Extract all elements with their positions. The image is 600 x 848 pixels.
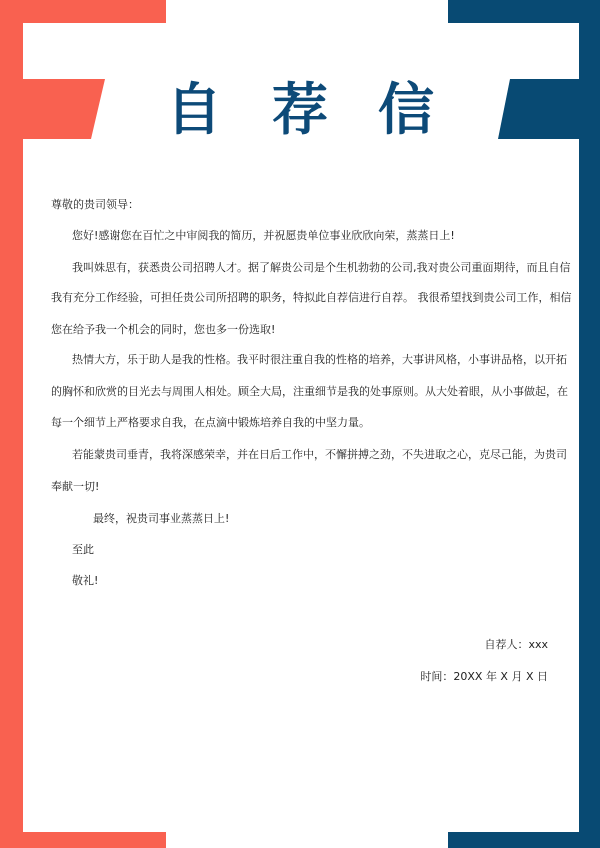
signer: 自荐人：xxx: [484, 638, 548, 652]
closing-wish: 最终，祝贵司事业蒸蒸日上!: [93, 512, 229, 526]
paragraph-line: 我有充分工作经验，可担任贵公司所招聘的职务，特拟此自荐信进行自荐。 我很希望找到…: [51, 291, 572, 305]
paragraph-line: 每一个细节上严格要求自我，在点滴中锻炼培养自我的中坚力量。: [51, 416, 370, 430]
date: 时间：20XX 年 X 月 X 日: [420, 670, 548, 684]
paragraph-line: 若能蒙贵司垂青，我将深感荣幸，并在日后工作中，不懈拼搏之劲，不失进取之心，克尽己…: [72, 448, 567, 462]
paragraph-line: 您好!感谢您在百忙之中审阅我的简历，并祝愿贵单位事业欣欣向荣，蒸蒸日上!: [72, 229, 455, 243]
paragraph-line: 的胸怀和欣赏的目光去与周围人相处。顾全大局，注重细节是我的处事原则。从大处着眼，…: [51, 385, 568, 399]
paragraph-line: 热情大方，乐于助人是我的性格。我平时很注重自我的性格的培养，大事讲风格，小事讲品…: [72, 353, 567, 367]
salutation: 尊敬的贵司领导：: [51, 198, 139, 212]
closing-jingli: 敬礼!: [72, 574, 98, 588]
paragraph-line: 奉献一切!: [51, 480, 99, 494]
paragraph-line: 您在给予我一个机会的同时，您也多一份选取!: [51, 323, 275, 337]
top-right-bar: [448, 0, 600, 23]
paragraph-line: 我叫姝思有，获悉贵公司招聘人才。据了解贵公司是个生机勃勃的公司,我对贵公司重面期…: [72, 261, 571, 275]
top-left-bar: [0, 0, 166, 23]
closing-zhici: 至此: [72, 543, 94, 557]
page-title: 自荐信: [0, 76, 600, 146]
bottom-right-bar: [448, 832, 600, 848]
bottom-left-bar: [0, 832, 166, 848]
